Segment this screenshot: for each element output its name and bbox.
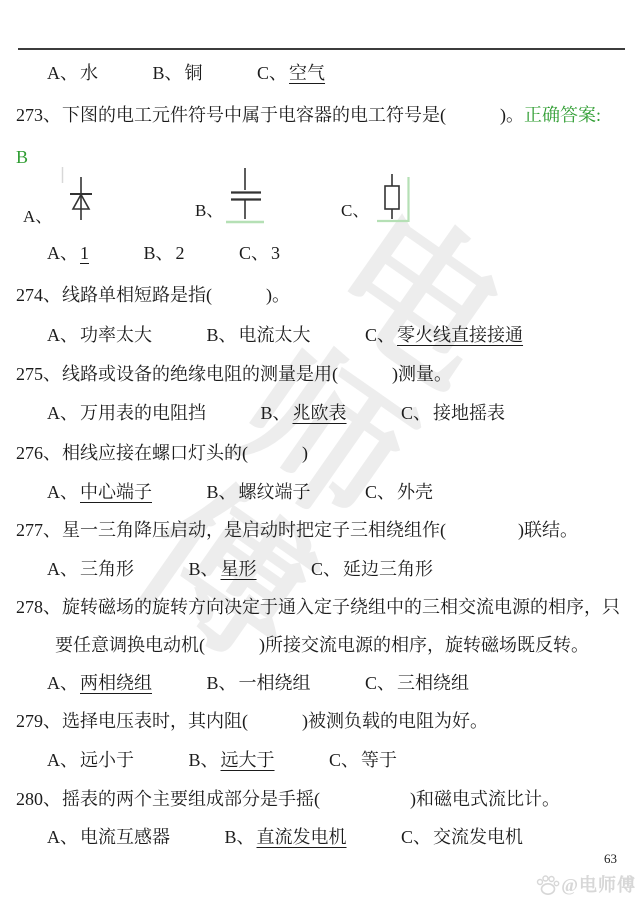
question-278-stem-line1: 278、旋转磁场的旋转方向决定于通入定子绕组中的三相交流电源的相序，只 xyxy=(16,595,620,619)
option-label: A、 xyxy=(47,559,78,579)
option-text: 远小于 xyxy=(80,750,134,770)
question-274-stem: 274、线路单相短路是指( )。 xyxy=(16,283,290,307)
option-label: B、 xyxy=(153,63,183,83)
question-273-options: A、1 B、2 C、3 xyxy=(47,241,330,265)
option-b: B、2 xyxy=(144,241,185,265)
option-label: B、 xyxy=(189,750,219,770)
option-label: C、 xyxy=(311,559,341,579)
option-label: B、 xyxy=(207,325,237,345)
option-text: 功率太大 xyxy=(80,325,152,345)
option-c: C、3 xyxy=(239,241,280,265)
option-c: C、延边三角形 xyxy=(311,557,433,581)
question-278-stem-line2: 要任意调换电动机( )所接交流电源的相序，旋转磁场既反转。 xyxy=(55,633,589,657)
option-label: B、 xyxy=(261,403,291,423)
option-text: 延边三角形 xyxy=(343,559,433,579)
option-text: 外壳 xyxy=(397,482,433,502)
option-label: B、 xyxy=(207,482,237,502)
question-273-figures: A、 B、 C、 xyxy=(0,165,640,229)
option-label: C、 xyxy=(365,325,395,345)
option-label: B、 xyxy=(225,827,255,847)
option-text-underlined: 中心端子 xyxy=(80,482,152,502)
option-text: 3 xyxy=(271,243,280,263)
option-label: B、 xyxy=(189,559,219,579)
option-label: B、 xyxy=(144,243,174,263)
option-text-underlined: 直流发电机 xyxy=(257,827,347,847)
question-text: 线路单相短路是指( )。 xyxy=(62,285,290,305)
option-text: 2 xyxy=(176,243,185,263)
option-a: A、远小于 xyxy=(47,748,134,772)
option-text: 电流互感器 xyxy=(80,827,170,847)
page-number: 63 xyxy=(604,851,617,867)
option-text-underlined: 星形 xyxy=(221,559,257,579)
question-280-stem: 280、摇表的两个主要组成部分是手摇( )和磁电式流比计。 xyxy=(16,787,560,811)
page-top-rule xyxy=(18,48,625,50)
question-text: 相线应接在螺口灯头的( ) xyxy=(62,443,308,463)
option-label: A、 xyxy=(47,325,78,345)
question-number: 277、 xyxy=(16,520,61,540)
question-number: 274、 xyxy=(16,285,61,305)
option-c: C、零火线直接接通 xyxy=(365,323,523,347)
option-a: A、1 xyxy=(47,241,89,265)
option-text: 三角形 xyxy=(80,559,134,579)
option-b: B、电流太大 xyxy=(207,323,311,347)
question-number: 279、 xyxy=(16,711,61,731)
option-text-underlined: 两相绕组 xyxy=(80,673,152,693)
option-label: C、 xyxy=(329,750,359,770)
option-text: 电流太大 xyxy=(239,325,311,345)
option-label: A、 xyxy=(47,403,78,423)
option-text: 水 xyxy=(80,63,98,83)
option-text-underlined: 1 xyxy=(80,243,89,263)
fuse-symbol xyxy=(377,174,411,224)
question-number: 275、 xyxy=(16,364,61,384)
question-275-options: A、万用表的电阻挡 B、兆欧表 C、接地摇表 xyxy=(47,401,555,425)
question-277-options: A、三角形 B、星形 C、延边三角形 xyxy=(47,557,483,581)
option-text: 接地摇表 xyxy=(433,403,505,423)
option-a: A、功率太大 xyxy=(47,323,152,347)
option-text-underlined: 空气 xyxy=(289,63,325,83)
question-number: 278、 xyxy=(16,597,61,617)
option-label: A、 xyxy=(47,482,78,502)
option-a: A、两相绕组 xyxy=(47,671,152,695)
question-text: 线路或设备的绝缘电阻的测量是用( )测量。 xyxy=(62,364,452,384)
question-277-stem: 277、星一三角降压启动，是启动时把定子三相绕组作( )联结。 xyxy=(16,518,578,542)
option-a: A、三角形 xyxy=(47,557,134,581)
option-text-underlined: 远大于 xyxy=(221,750,275,770)
option-c: C、三相绕组 xyxy=(365,671,469,695)
option-text: 三相绕组 xyxy=(397,673,469,693)
option-label: C、 xyxy=(257,63,287,83)
question-text: 选择电压表时，其内阻( )被测负载的电阻为好。 xyxy=(62,711,488,731)
corner-watermark: @电师傅 xyxy=(535,872,636,898)
question-278-options: A、两相绕组 B、一相绕组 C、三相绕组 xyxy=(47,671,519,695)
option-b: B、星形 xyxy=(189,557,257,581)
question-number: 273、 xyxy=(16,105,61,125)
question-text: 旋转磁场的旋转方向决定于通入定子绕组中的三相交流电源的相序，只 xyxy=(62,597,620,617)
figure-c-label: C、 xyxy=(341,199,369,223)
option-text-underlined: 兆欧表 xyxy=(293,403,347,423)
option-a: A、中心端子 xyxy=(47,480,152,504)
option-text: 等于 xyxy=(361,750,397,770)
question-279-stem: 279、选择电压表时，其内阻( )被测负载的电阻为好。 xyxy=(16,709,488,733)
option-label: C、 xyxy=(239,243,269,263)
option-b: B、远大于 xyxy=(189,748,275,772)
question-275-stem: 275、线路或设备的绝缘电阻的测量是用( )测量。 xyxy=(16,362,452,386)
option-b: B、铜 xyxy=(153,61,203,85)
option-label: A、 xyxy=(47,750,78,770)
option-label: A、 xyxy=(47,827,78,847)
option-label: C、 xyxy=(401,403,431,423)
question-276-stem: 276、相线应接在螺口灯头的( ) xyxy=(16,441,308,465)
option-c: C、交流发电机 xyxy=(401,825,523,849)
question-number: 280、 xyxy=(16,789,61,809)
figure-b-label: B、 xyxy=(195,199,223,223)
option-text: 螺纹端子 xyxy=(239,482,311,502)
question-273-stem: 273、下图的电工元件符号中属于电容器的电工符号是( )。正确答案: xyxy=(16,103,601,127)
question-text: 下图的电工元件符号中属于电容器的电工符号是( )。 xyxy=(62,105,524,125)
option-label: C、 xyxy=(401,827,431,847)
option-text: 铜 xyxy=(185,63,203,83)
exam-document-page: 电师傅 A、水 B、铜 C、空气 273、下图的电工元件符号中属于电容器的电工符… xyxy=(0,0,640,909)
option-label: C、 xyxy=(365,673,395,693)
correct-answer-label: 正确答案: xyxy=(524,105,601,125)
option-text: 交流发电机 xyxy=(433,827,523,847)
question-text: 星一三角降压启动，是启动时把定子三相绕组作( )联结。 xyxy=(62,520,578,540)
figure-a-label: A、 xyxy=(23,205,52,229)
option-text: 一相绕组 xyxy=(239,673,311,693)
question-276-options: A、中心端子 B、螺纹端子 C、外壳 xyxy=(47,480,483,504)
option-c: C、空气 xyxy=(257,61,325,85)
question-272-options: A、水 B、铜 C、空气 xyxy=(47,61,375,85)
capacitor-symbol xyxy=(226,168,266,224)
diode-symbol xyxy=(61,167,105,225)
option-text-underlined: 零火线直接接通 xyxy=(397,325,523,345)
option-label: B、 xyxy=(207,673,237,693)
option-a: A、水 xyxy=(47,61,98,85)
option-a: A、万用表的电阻挡 xyxy=(47,401,206,425)
option-b: B、一相绕组 xyxy=(207,671,311,695)
option-b: B、兆欧表 xyxy=(261,401,347,425)
option-b: B、螺纹端子 xyxy=(207,480,311,504)
question-text: 摇表的两个主要组成部分是手摇( )和磁电式流比计。 xyxy=(62,789,560,809)
question-number: 276、 xyxy=(16,443,61,463)
paw-icon xyxy=(535,872,561,898)
option-a: A、电流互感器 xyxy=(47,825,170,849)
corner-watermark-text: @电师傅 xyxy=(561,872,636,898)
option-c: C、接地摇表 xyxy=(401,401,505,425)
option-label: A、 xyxy=(47,63,78,83)
option-label: A、 xyxy=(47,673,78,693)
question-279-options: A、远小于 B、远大于 C、等于 xyxy=(47,748,447,772)
option-label: C、 xyxy=(365,482,395,502)
question-280-options: A、电流互感器 B、直流发电机 C、交流发电机 xyxy=(47,825,573,849)
option-text: 万用表的电阻挡 xyxy=(80,403,206,423)
option-b: B、直流发电机 xyxy=(225,825,347,849)
option-c: C、等于 xyxy=(329,748,397,772)
option-c: C、外壳 xyxy=(365,480,433,504)
question-274-options: A、功率太大 B、电流太大 C、零火线直接接通 xyxy=(47,323,573,347)
option-label: A、 xyxy=(47,243,78,263)
question-text: 要任意调换电动机( )所接交流电源的相序，旋转磁场既反转。 xyxy=(55,635,589,655)
